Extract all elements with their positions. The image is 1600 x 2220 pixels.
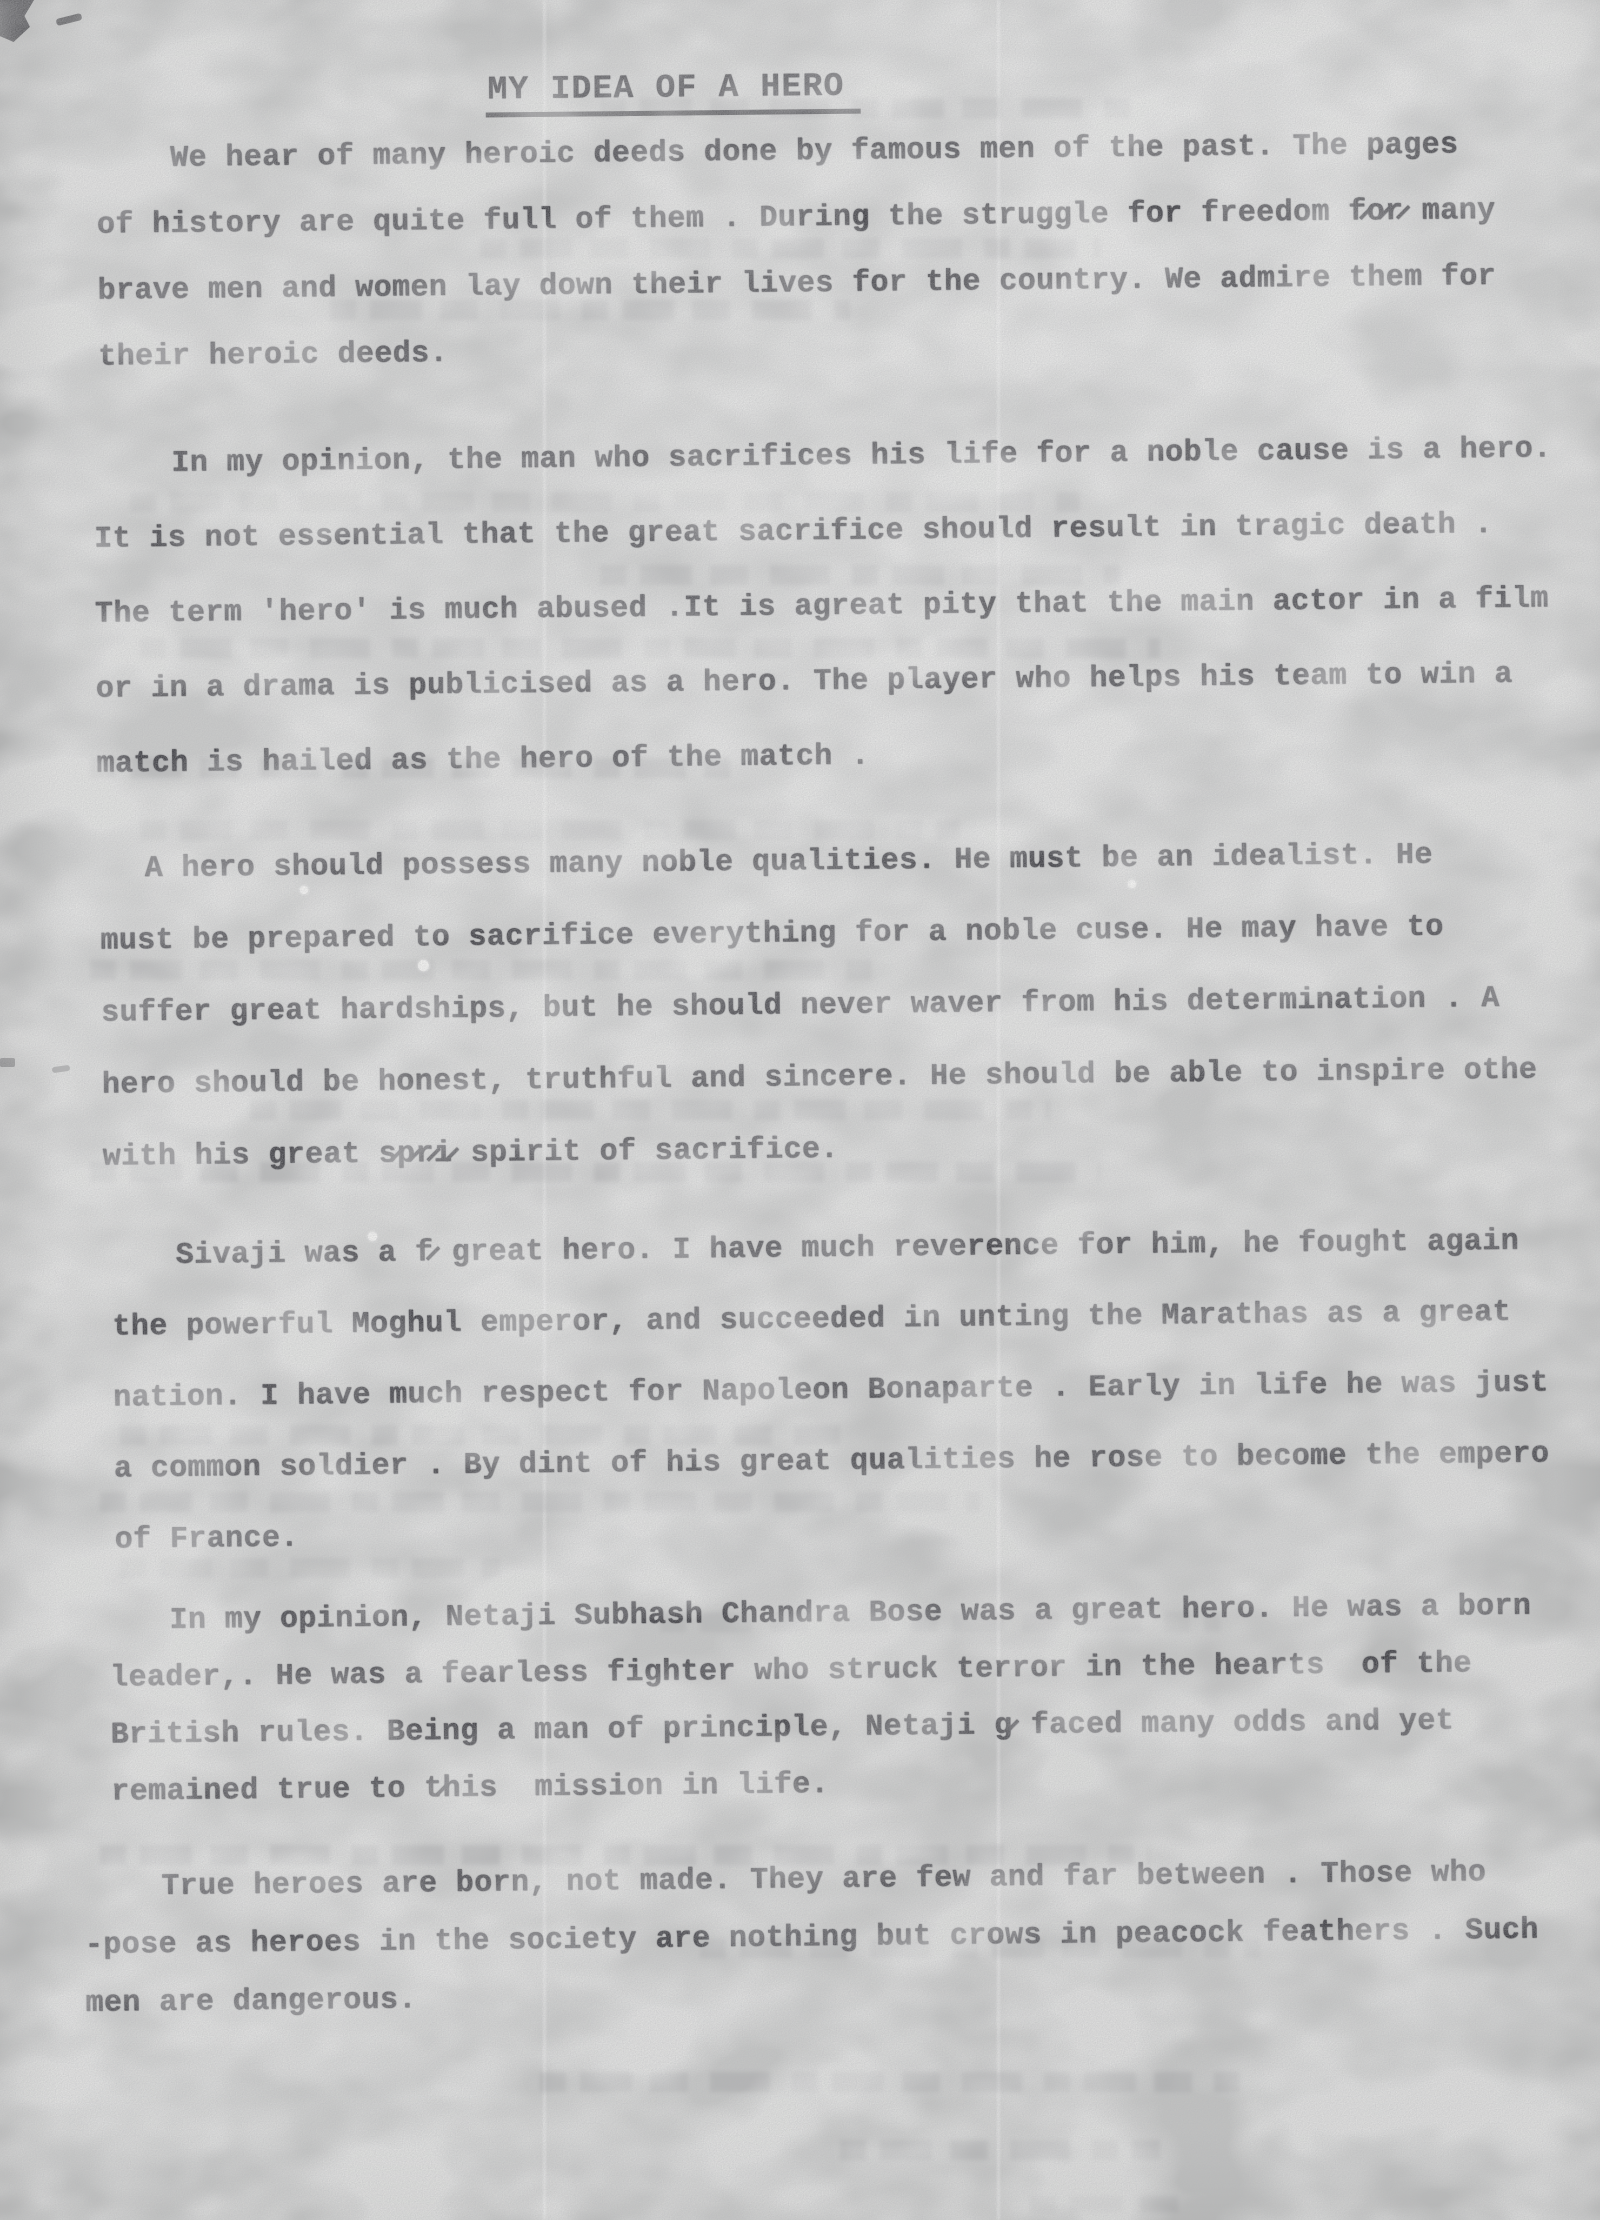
essay-title: MY IDEA OF A HERO [485, 68, 861, 118]
correction-speck [418, 960, 429, 971]
scanned-essay-page: MY IDEA OF A HERO We hear of many heroic… [0, 0, 1600, 2220]
paragraph-6: True heroes are born, not made. They are… [84, 1844, 1540, 2033]
paragraph-1: We hear of many heroic deeds done by fam… [96, 112, 1497, 391]
correction-speck [1128, 880, 1136, 888]
typewritten-text-layer: MY IDEA OF A HERO We hear of many heroic… [0, 0, 1600, 2220]
ink-dash [0, 1058, 15, 1067]
paragraph-5: In my opinion, Netaji Subhash Chandra Bo… [109, 1579, 1533, 1822]
paragraph-4: Sivaji was a f̷ great hero. I have much … [111, 1206, 1550, 1576]
correction-speck [300, 886, 308, 894]
correction-speck [368, 1232, 377, 1241]
paragraph-3: A hero should possess many noble qualiti… [99, 819, 1538, 1194]
paragraph-2: In my opinion, the man who sacrifices hi… [93, 412, 1555, 802]
